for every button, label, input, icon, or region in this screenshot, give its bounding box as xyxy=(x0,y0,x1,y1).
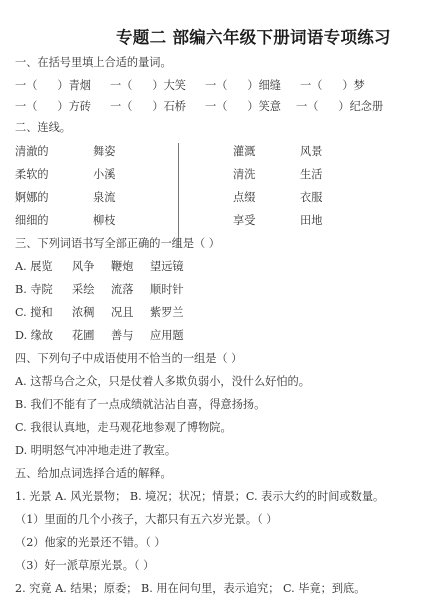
match-left-word[interactable]: 灌溉 xyxy=(233,145,255,159)
match-left-word[interactable]: 点缀 xyxy=(233,191,255,205)
match-right-word[interactable]: 生活 xyxy=(300,168,322,182)
measure-word-item: 一（）方砖 xyxy=(15,100,91,114)
option-a[interactable]: A. 这帮乌合之众，只是仗着人多欺负弱小，没什么好怕的。 xyxy=(15,375,310,389)
measure-word-item: 一（）青烟 xyxy=(15,79,91,93)
match-right-word[interactable]: 小溪 xyxy=(93,168,115,182)
match-right-word[interactable]: 风景 xyxy=(300,145,322,159)
option-word: 花圃 xyxy=(72,329,94,343)
option-word: 善与 xyxy=(111,329,133,343)
measure-word-item: 一（）纪念册 xyxy=(296,100,383,114)
divider-line xyxy=(178,143,179,248)
measure-word-item: 一（）笑意 xyxy=(205,100,281,114)
option-b[interactable]: B. 寺院 xyxy=(15,283,53,297)
question-1-item[interactable]: （1）里面的几个小孩子，大都只有五六岁光景。（ ） xyxy=(15,513,277,527)
section5-heading: 五、给加点词选择合适的解释。 xyxy=(15,467,172,481)
match-left-word[interactable]: 清澈的 xyxy=(15,145,49,159)
option-b[interactable]: B. 我们不能有了一点成绩就沾沾自喜，得意扬扬。 xyxy=(15,398,265,412)
match-left-word[interactable]: 柔软的 xyxy=(15,168,49,182)
option-word: 顺时针 xyxy=(150,283,184,297)
match-left-word[interactable]: 清洗 xyxy=(233,168,255,182)
measure-word-item: 一（）梦 xyxy=(300,79,365,93)
question-1-item[interactable]: （2）他家的光景还不错。（ ） xyxy=(15,536,166,550)
section1-heading: 一、在括号里填上合适的量词。 xyxy=(15,56,172,70)
question-1-item[interactable]: （3）好一派草原光景。（ ） xyxy=(15,559,154,573)
match-right-word[interactable]: 泉流 xyxy=(93,191,115,205)
question-1: 1. 光景 A. 风光景物； B. 境况；状况；情景；C. 表示大约的时间或数量… xyxy=(15,490,384,504)
measure-word-item: 一（）细缝 xyxy=(205,79,281,93)
measure-word-item: 一（）大笑 xyxy=(110,79,186,93)
option-d[interactable]: D. 缘故 xyxy=(15,329,53,343)
match-left-word[interactable]: 细细的 xyxy=(15,214,49,228)
option-word: 流落 xyxy=(111,283,133,297)
section2-heading: 二、连线。 xyxy=(15,121,71,135)
option-word: 紫罗兰 xyxy=(150,306,184,320)
option-word: 应用题 xyxy=(150,329,184,343)
option-word: 采绘 xyxy=(72,283,94,297)
match-right-word[interactable]: 柳枝 xyxy=(93,214,115,228)
option-word: 浓稠 xyxy=(72,306,94,320)
page-title: 专题二 部编六年级下册词语专项练习 xyxy=(116,24,396,48)
match-right-word[interactable]: 衣服 xyxy=(300,191,322,205)
measure-word-item: 一（）石桥 xyxy=(110,100,186,114)
option-word: 况且 xyxy=(111,306,133,320)
match-right-word[interactable]: 舞姿 xyxy=(93,145,115,159)
option-a[interactable]: A. 展览 xyxy=(15,260,53,274)
match-left-word[interactable]: 婀娜的 xyxy=(15,191,49,205)
option-word: 望远镜 xyxy=(150,260,184,274)
match-left-word[interactable]: 享受 xyxy=(233,214,255,228)
section3-heading: 三、下列词语书写全部正确的一组是（ ） xyxy=(15,237,220,251)
question-2: 2. 究竟 A. 结果；原委； B. 用在问句里，表示追究； C. 毕竟；到底。 xyxy=(15,582,365,596)
section4-heading: 四、下列句子中成语使用不恰当的一组是（ ） xyxy=(15,352,242,366)
option-d[interactable]: D. 明明怒气冲冲地走进了教室。 xyxy=(15,444,176,458)
option-word: 风争 xyxy=(72,260,94,274)
option-word: 鞭炮 xyxy=(111,260,133,274)
option-c[interactable]: C. 搅和 xyxy=(15,306,53,320)
match-right-word[interactable]: 田地 xyxy=(300,214,322,228)
option-c[interactable]: C. 我很认真地，走马观花地参观了博物院。 xyxy=(15,421,232,435)
